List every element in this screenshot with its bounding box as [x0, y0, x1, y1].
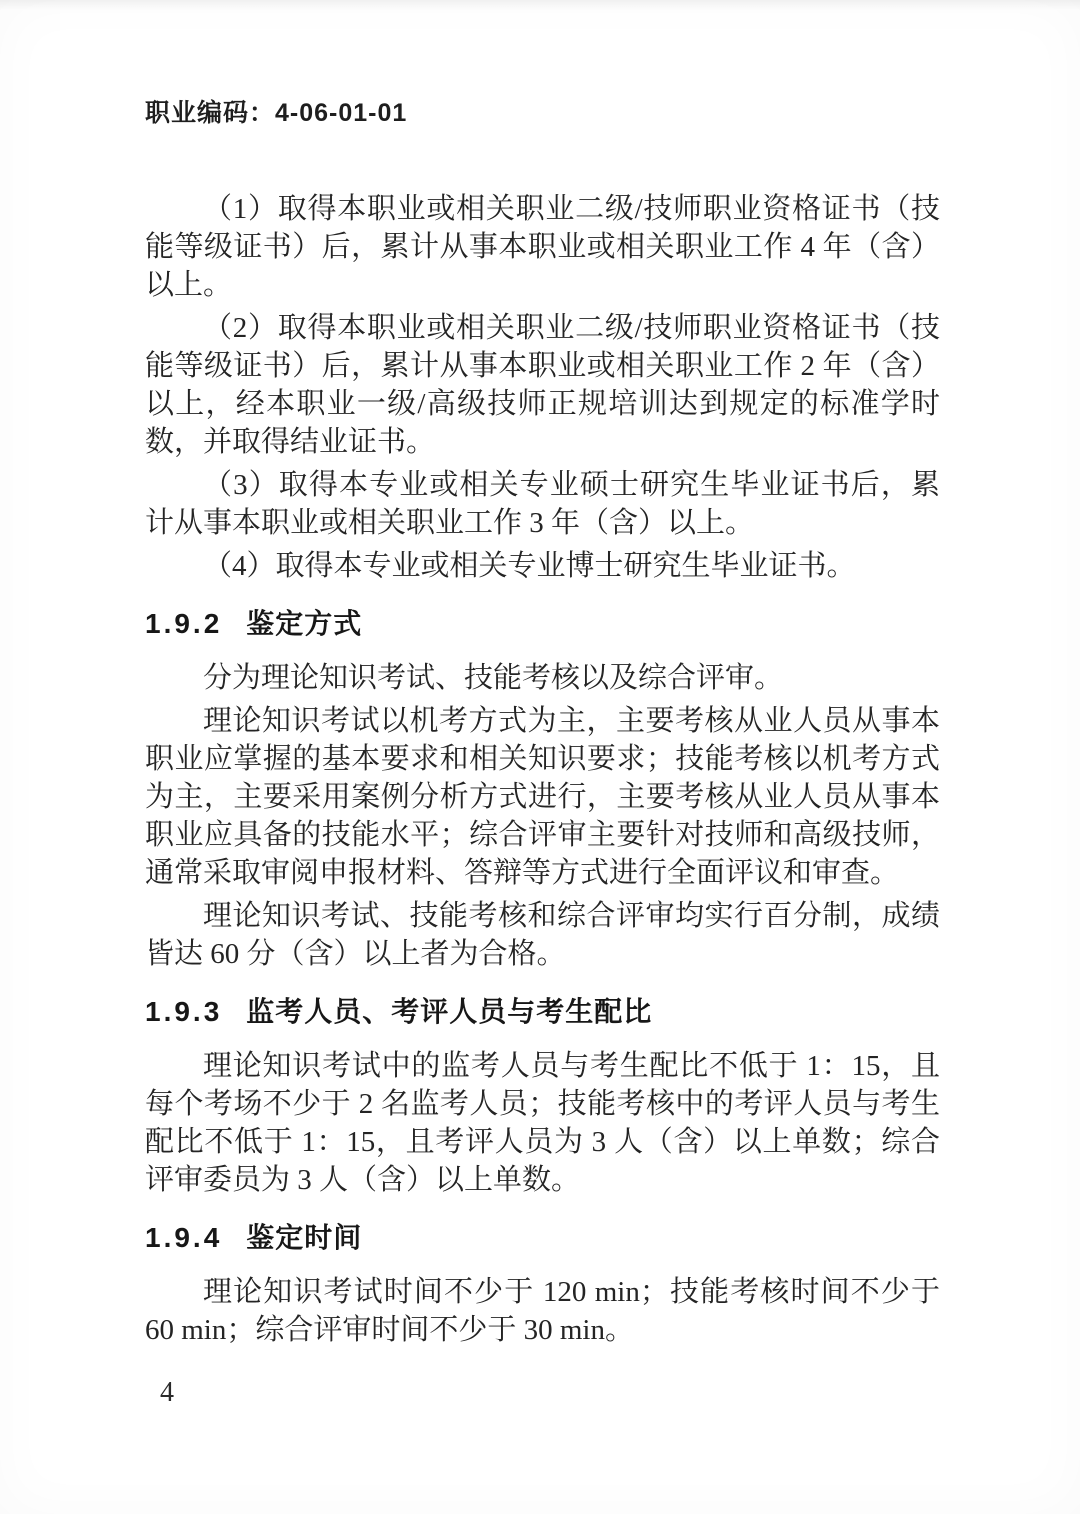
section-paragraph: 理论知识考试以机考方式为主，主要考核从业人员从事本职业应掌握的基本要求和相关知识…: [145, 702, 940, 892]
requirement-item-3: （3）取得本专业或相关专业硕士研究生毕业证书后，累计从事本职业或相关职业工作 3…: [145, 466, 940, 542]
section-paragraph: 理论知识考试时间不少于 120 min；技能考核时间不少于 60 min；综合评…: [145, 1273, 940, 1349]
requirement-item-4: （4）取得本专业或相关专业博士研究生毕业证书。: [145, 547, 940, 585]
section-paragraph: 分为理论知识考试、技能考核以及综合评审。: [145, 659, 940, 697]
section-number: 1.9.3: [145, 996, 222, 1027]
page-content: 职业编码：4-06-01-01 （1）取得本职业或相关职业二级/技师职业资格证书…: [145, 98, 940, 1354]
document-page: 职业编码：4-06-01-01 （1）取得本职业或相关职业二级/技师职业资格证书…: [0, 0, 1080, 1514]
section-number: 1.9.2: [145, 608, 222, 639]
section-title: 监考人员、考评人员与考生配比: [246, 996, 652, 1027]
section-number: 1.9.4: [145, 1222, 222, 1253]
requirement-item-1: （1）取得本职业或相关职业二级/技师职业资格证书（技能等级证书）后，累计从事本职…: [145, 190, 940, 304]
section-heading: 1.9.3监考人员、考评人员与考生配比: [145, 995, 940, 1029]
occupation-code-header: 职业编码：4-06-01-01: [145, 98, 940, 128]
page-number: 4: [160, 1376, 174, 1410]
section-heading: 1.9.2鉴定方式: [145, 607, 940, 641]
section-1-9-3: 1.9.3监考人员、考评人员与考生配比 理论知识考试中的监考人员与考生配比不低于…: [145, 995, 940, 1199]
requirement-item-2: （2）取得本职业或相关职业二级/技师职业资格证书（技能等级证书）后，累计从事本职…: [145, 309, 940, 461]
section-title: 鉴定方式: [246, 608, 362, 639]
section-1-9-4: 1.9.4鉴定时间 理论知识考试时间不少于 120 min；技能考核时间不少于 …: [145, 1221, 940, 1349]
section-paragraph: 理论知识考试中的监考人员与考生配比不低于 1：15，且每个考场不少于 2 名监考…: [145, 1047, 940, 1199]
section-1-9-2: 1.9.2鉴定方式 分为理论知识考试、技能考核以及综合评审。 理论知识考试以机考…: [145, 607, 940, 973]
section-paragraph: 理论知识考试、技能考核和综合评审均实行百分制，成绩皆达 60 分（含）以上者为合…: [145, 897, 940, 973]
section-title: 鉴定时间: [246, 1222, 362, 1253]
section-heading: 1.9.4鉴定时间: [145, 1221, 940, 1255]
